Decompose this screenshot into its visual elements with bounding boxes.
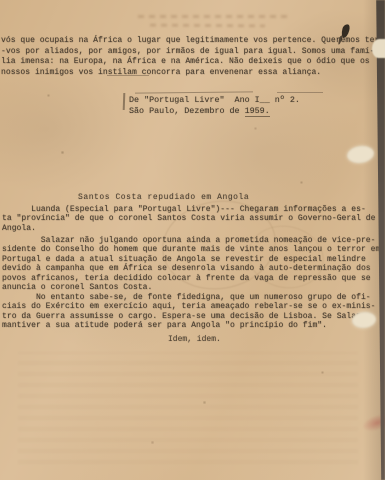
citation-date-line: São Paulo, Dezembro de 1959.: [129, 106, 300, 117]
pencil-overline-mark: [277, 92, 323, 93]
article-paragraph-3: No entanto sabe-se, de fonte fidedigna, …: [2, 293, 376, 331]
torn-paper-notch: [372, 39, 385, 58]
citation-block: De "Portugal Livre" Ano I__ nº 2. São Pa…: [129, 95, 300, 117]
bleedthrough-mark: [150, 24, 265, 28]
pencil-underline-mark: [107, 75, 149, 76]
article-closing: Idem, idem.: [168, 335, 221, 344]
citation-date-prefix: São Paulo, Dezembro de: [129, 106, 245, 116]
article-title: Santos Costa repudiado em Angola: [78, 193, 249, 202]
pencil-overline-mark: [135, 91, 253, 93]
citation-source-line: De "Portugal Livre" Ano I__ nº 2.: [129, 95, 300, 106]
article-paragraph-2: Salazar não julgando oportuna ainda a pr…: [2, 236, 380, 292]
pencil-tick-mark: [123, 93, 125, 110]
scanned-document-page: vós que ocupais na África o lugar que le…: [0, 0, 385, 480]
article-paragraph-1: Luanda (Especial para "Portugal Livre")-…: [2, 205, 376, 233]
bleedthrough-area: [18, 352, 358, 464]
intro-paragraph: vós que ocupais na África o lugar que le…: [1, 36, 384, 78]
paper-specks: [0, 0, 1, 1]
bleedthrough-mark: [138, 15, 288, 18]
citation-year: 1959.: [245, 106, 270, 117]
